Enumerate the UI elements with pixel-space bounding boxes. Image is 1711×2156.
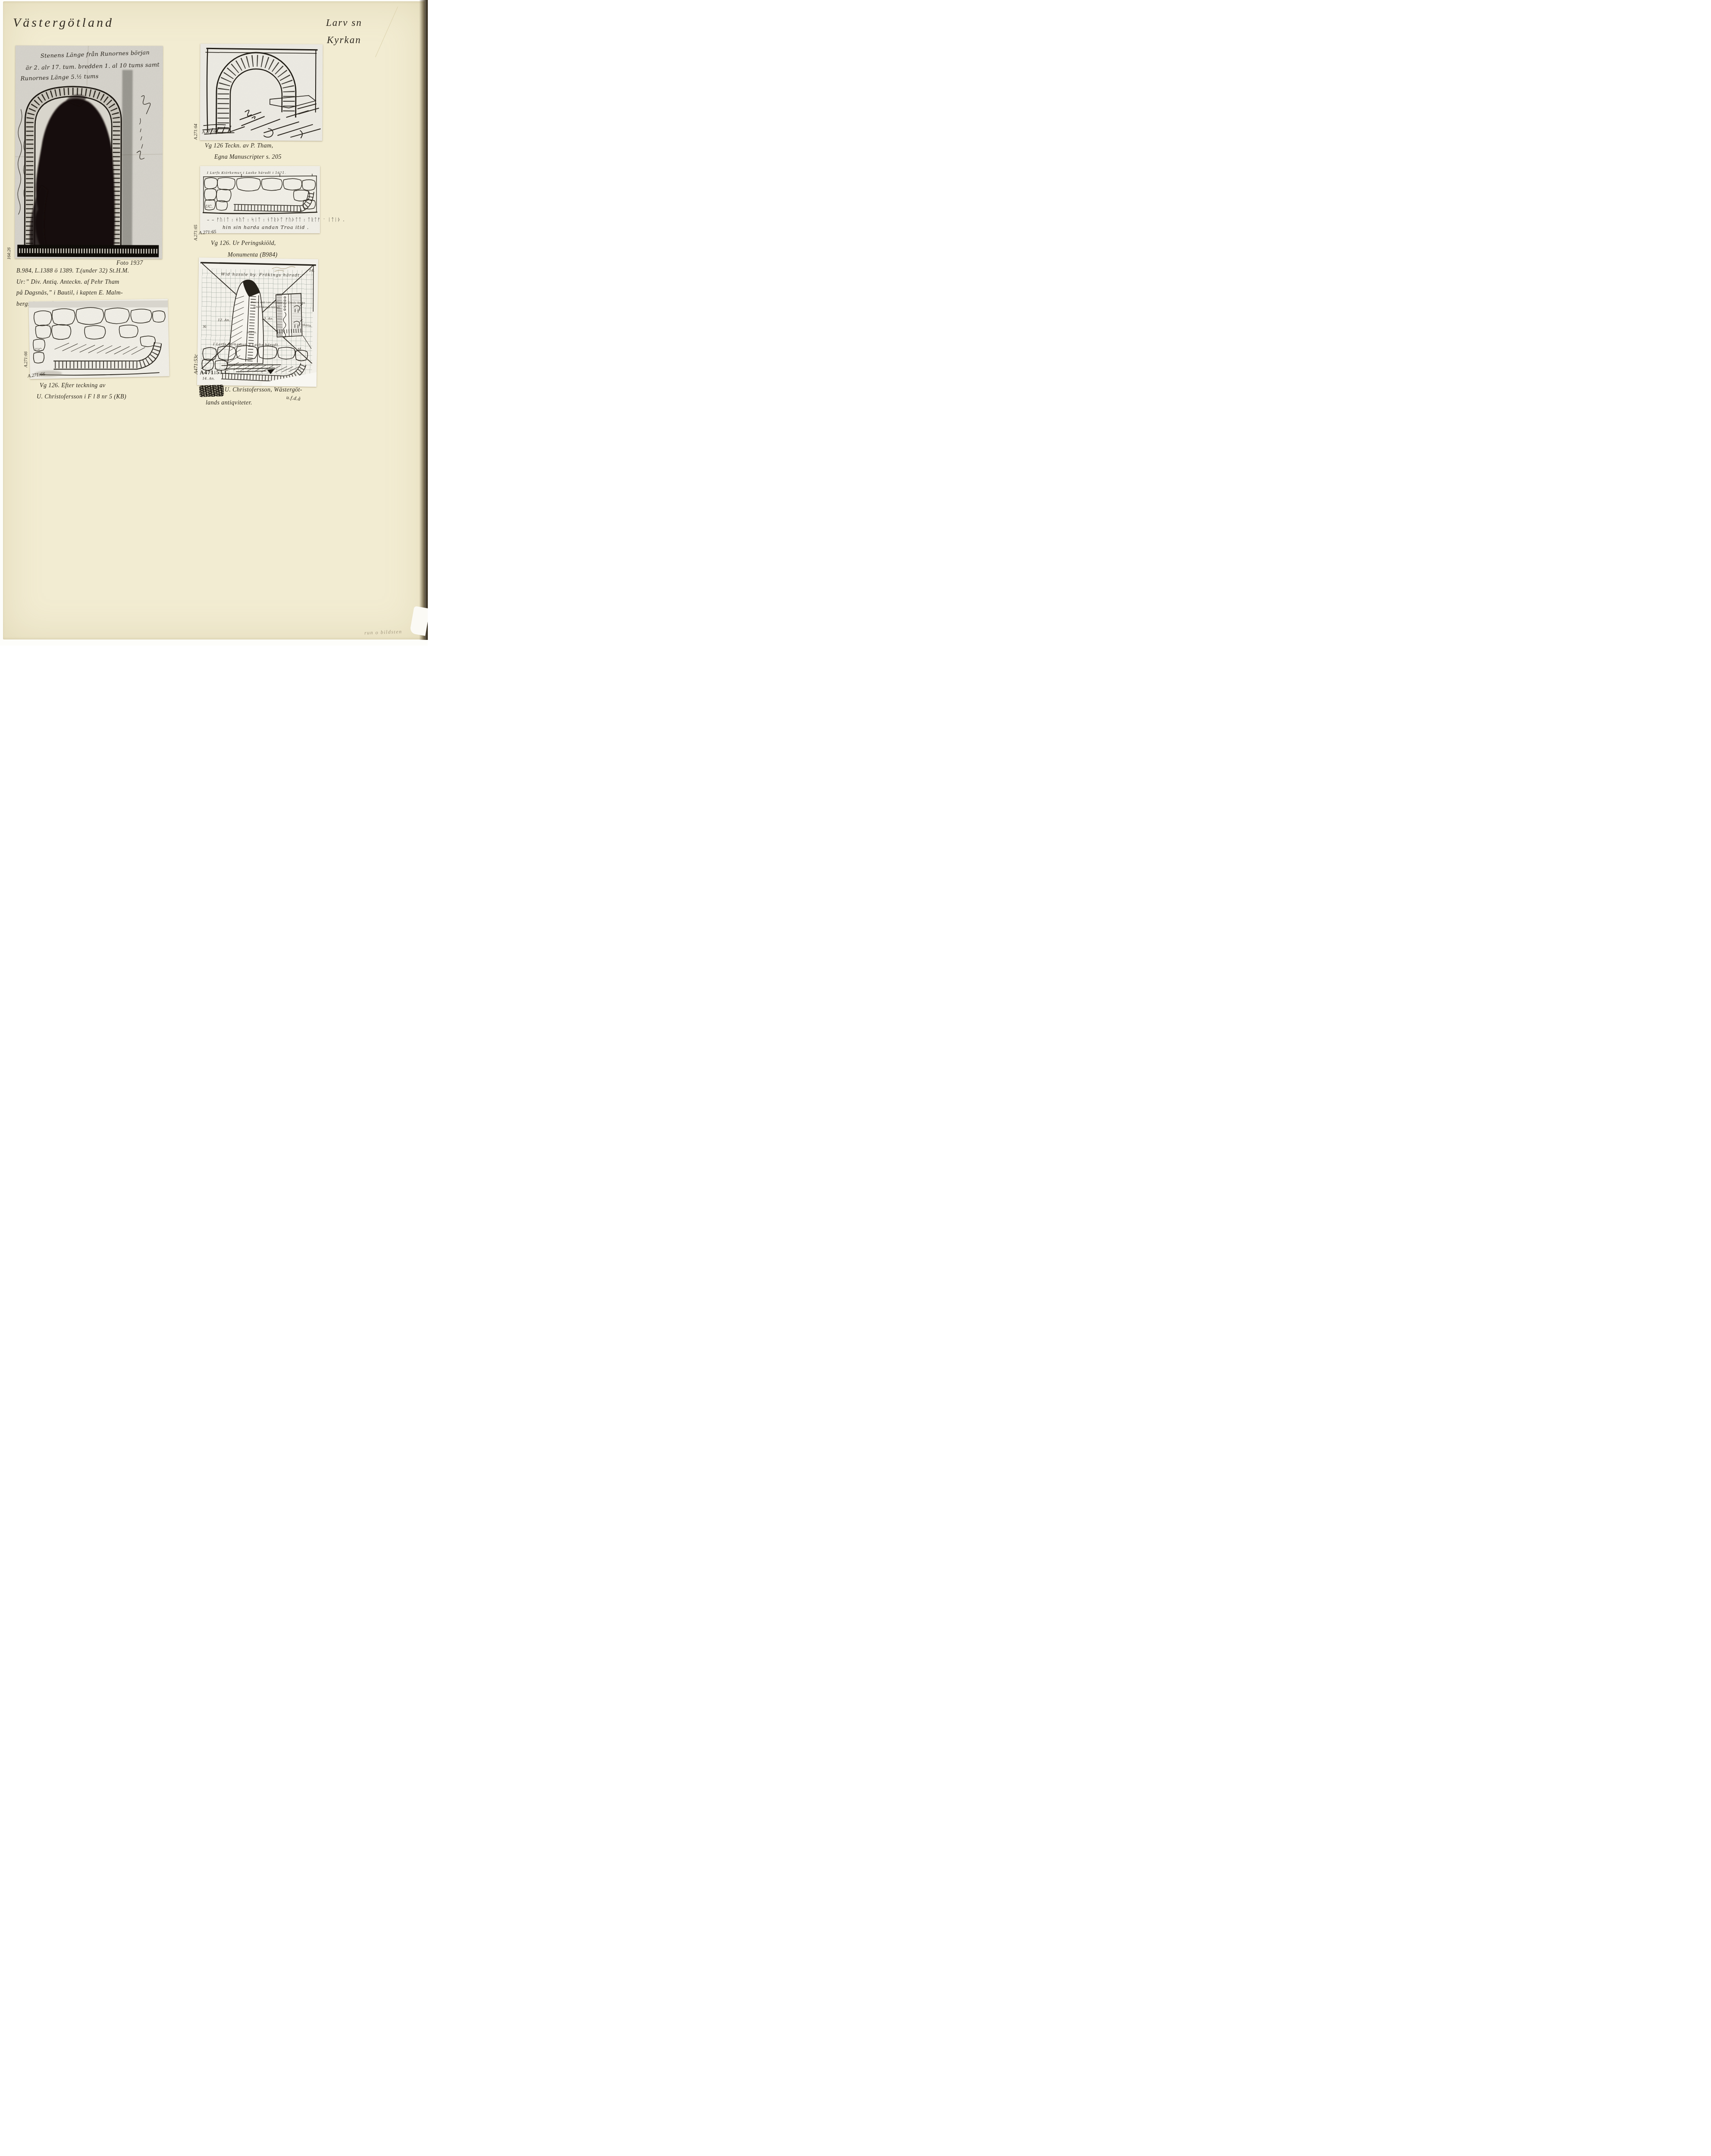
- caption-line: U. Christofersson i F l 8 nr 5 (KB): [37, 393, 126, 401]
- caption-line: Vg 126. Efter teckning av: [40, 382, 106, 390]
- caption-line: lands antiqviteter.: [206, 399, 252, 407]
- archive-number-vertical: A.271:64: [194, 113, 198, 140]
- pillar-measure-label: 13. An.: [262, 317, 273, 320]
- lower-measure-label: 14. An.: [202, 376, 215, 380]
- small-word: skärin.: [247, 331, 257, 334]
- archive-scan-page: Västergötland Larv sn Kyrkan: [0, 0, 428, 646]
- right-mark: st.: [298, 347, 302, 351]
- caption-line: B.984, L.1388 ö 1389. T.(under 32) St.H.…: [16, 267, 129, 275]
- standing-stone: [221, 279, 282, 373]
- artist-monogram: UC.: [35, 348, 42, 352]
- photo-antiqviteter: Wid hassle by. Frökings häradt. 14. N: 1…: [197, 257, 318, 387]
- photo-peringskiold: I Larfs Kiörkemur i Laske häradt i 1671.…: [200, 166, 320, 233]
- negative-number: 164:26: [7, 233, 12, 260]
- archive-stamp: A471:53 C: [200, 369, 229, 376]
- artist-monogram: UC.: [205, 205, 213, 209]
- caption-line: Vg 126. Ur Peringskiöld,: [211, 240, 276, 248]
- faint-pencil-note: [272, 266, 295, 272]
- pencil-note: run o bildsten: [364, 628, 402, 636]
- archive-number-vertical: A.271:66: [24, 337, 28, 367]
- photo-bottom-margin: [262, 371, 317, 387]
- photo-credit: Foto 1937: [116, 260, 143, 267]
- photo-tham-manuscript: Stenens Länge från Runornes början är 2.…: [15, 45, 163, 259]
- crossed-out-text: [199, 385, 224, 397]
- caption-line: Ur:” Div. Antiq. Anteckn. af Pehr Tham: [16, 279, 119, 286]
- drawing-header: I Larfs Kiörkemur i Laske häradt i 1671.: [207, 171, 286, 175]
- monumenta-drawing: [200, 166, 320, 233]
- photo-christofersson-copy: UC.: [28, 299, 169, 379]
- arch-sketch-drawing: [200, 44, 323, 141]
- region-title: Västergötland: [13, 16, 114, 30]
- christofersson-drawing: [28, 299, 169, 379]
- photo-tham-sketch: A.271:64: [200, 44, 323, 141]
- caption-line: Vg 126 Teckn. av P. Tham,: [205, 142, 273, 150]
- stone-measure-label: 12. An.: [218, 318, 230, 322]
- shadow-streak: [122, 70, 132, 254]
- runic-inscription: – – ᚠᚢᛁᛏ : ᚼᚢᛏ : ᛋᛁᛏ : ᚾᛏᚱᚦᛏ ᚠᚢᚦᛏᛏ : ᛏᚱᛏ…: [207, 217, 345, 222]
- district-label: Larv sn: [326, 17, 362, 28]
- transliteration-line: hin sin harda andan Troa itid .: [222, 225, 309, 230]
- site-label: Kyrkan: [327, 34, 361, 46]
- corner-number: 14.: [309, 269, 315, 273]
- caption-line: Egna Manuscripter s. 205: [214, 154, 282, 161]
- paper-edge-shadow: [419, 0, 428, 640]
- archive-number-vertical: A471:53c: [193, 316, 199, 374]
- measure-ruler: [17, 244, 159, 257]
- caption-line: U. Christofersson, Wästergöt-: [225, 386, 302, 394]
- note-line: och Frökings häradt.: [253, 306, 281, 309]
- caption-line: på Dagsnäs,” i Bautil, i kapten E. Malm-: [16, 289, 123, 297]
- archive-number-vertical: A.271:65: [194, 214, 198, 241]
- margin-mark: N:: [203, 325, 207, 329]
